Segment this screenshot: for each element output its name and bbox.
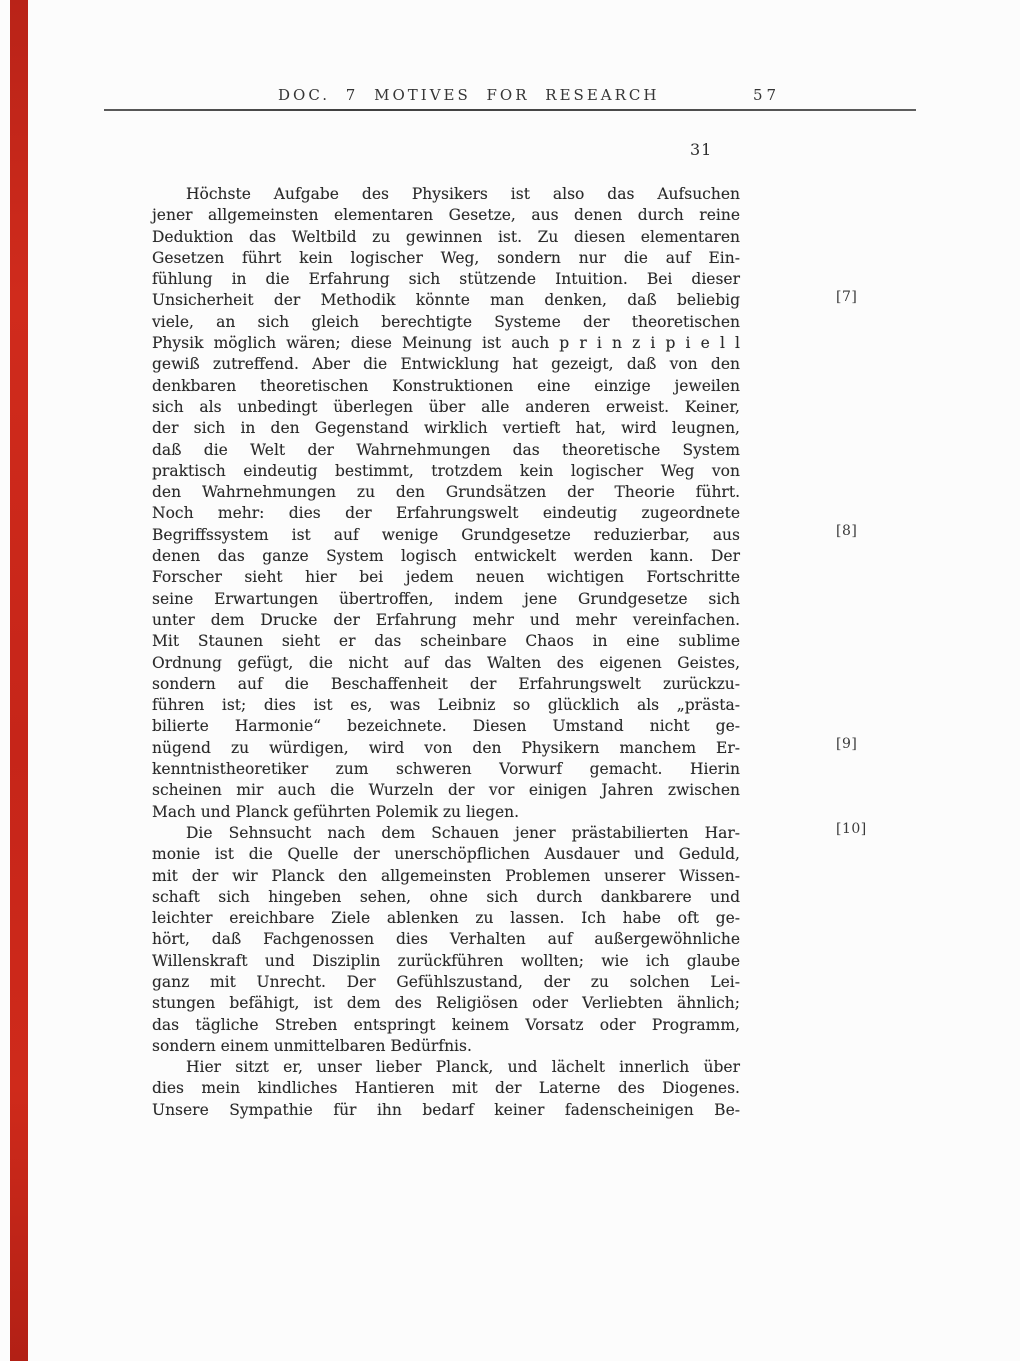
margin-annotation: [9] <box>836 736 857 752</box>
scanned-book-page: DOC. 7 MOTIVES FOR RESEARCH 57 31 Höchst… <box>0 0 1020 1361</box>
header-rule <box>104 109 916 111</box>
text-line: unter dem Drucke der Erfahrung mehr und … <box>152 610 740 631</box>
text-line: fühlung in die Erfahrung sich stützende … <box>152 269 740 290</box>
text-line: Begriffssystem ist auf wenige Grundgeset… <box>152 525 740 546</box>
text-line: Unsere Sympathie für ihn bedarf keiner f… <box>152 1100 740 1121</box>
body-text: Höchste Aufgabe des Physikers ist also d… <box>152 184 740 1121</box>
text-line: sondern auf die Beschaffenheit der Erfah… <box>152 674 740 695</box>
text-line: Hier sitzt er, unser lieber Planck, und … <box>152 1057 740 1078</box>
text-line: monie ist die Quelle der unerschöpfliche… <box>152 844 740 865</box>
text-line: denkbaren theoretischen Konstruktionen e… <box>152 376 740 397</box>
text-line: Mit Staunen sieht er das scheinbare Chao… <box>152 631 740 652</box>
text-line: seine Erwartungen übertroffen, indem jen… <box>152 589 740 610</box>
text-line: kenntnistheoretiker zum schweren Vorwurf… <box>152 759 740 780</box>
text-line: Gesetzen führt kein logischer Weg, sonde… <box>152 248 740 269</box>
text-line: Ordnung gefügt, die nicht auf das Walten… <box>152 653 740 674</box>
text-line: hört, daß Fachgenossen dies Verhalten au… <box>152 929 740 950</box>
margin-annotation: [8] <box>836 523 857 539</box>
text-line: Die Sehnsucht nach dem Schauen jener prä… <box>152 823 740 844</box>
text-line: Mach und Planck geführten Polemik zu lie… <box>152 802 740 823</box>
text-line: daß die Welt der Wahrnehmungen das theor… <box>152 440 740 461</box>
text-line: der sich in den Gegenstand wirklich vert… <box>152 418 740 439</box>
margin-annotation: [10] <box>836 821 867 837</box>
text-line: führen ist; dies ist es, was Leibniz so … <box>152 695 740 716</box>
text-line: viele, an sich gleich berechtigte System… <box>152 312 740 333</box>
text-line: Willenskraft und Disziplin zurückführen … <box>152 951 740 972</box>
text-line: Deduktion das Weltbild zu gewinnen ist. … <box>152 227 740 248</box>
book-binding-edge <box>10 0 28 1361</box>
text-line: stungen befähigt, ist dem des Religiösen… <box>152 993 740 1014</box>
original-pagination-marker: 31 <box>690 140 712 159</box>
running-header-title: DOC. 7 MOTIVES FOR RESEARCH <box>278 86 659 104</box>
text-line: mit der wir Planck den allgemeinsten Pro… <box>152 866 740 887</box>
text-line: denen das ganze System logisch entwickel… <box>152 546 740 567</box>
text-line: praktisch eindeutig bestimmt, trotzdem k… <box>152 461 740 482</box>
text-line: Unsicherheit der Methodik könnte man den… <box>152 290 740 311</box>
text-line: dies mein kindliches Hantieren mit der L… <box>152 1078 740 1099</box>
text-line: schaft sich hingeben sehen, ohne sich du… <box>152 887 740 908</box>
text-line: Physik möglich wären; diese Meinung ist … <box>152 333 740 354</box>
text-line: den Wahrnehmungen zu den Grundsätzen der… <box>152 482 740 503</box>
text-line: das tägliche Streben entspringt keinem V… <box>152 1015 740 1036</box>
margin-annotation: [7] <box>836 289 857 305</box>
printed-page-number: 57 <box>753 86 780 104</box>
text-line: Höchste Aufgabe des Physikers ist also d… <box>152 184 740 205</box>
text-line: sich als unbedingt überlegen über alle a… <box>152 397 740 418</box>
text-line: Noch mehr: dies der Erfahrungswelt einde… <box>152 503 740 524</box>
text-line: bilierte Harmonie“ bezeichnete. Diesen U… <box>152 716 740 737</box>
text-line: ganz mit Unrecht. Der Gefühlszustand, de… <box>152 972 740 993</box>
text-line: jener allgemeinsten elementaren Gesetze,… <box>152 205 740 226</box>
text-line: scheinen mir auch die Wurzeln der vor ei… <box>152 780 740 801</box>
text-line: nügend zu würdigen, wird von den Physike… <box>152 738 740 759</box>
text-line: sondern einem unmittelbaren Bedürfnis. <box>152 1036 740 1057</box>
text-line: leichter ereichbare Ziele ablenken zu la… <box>152 908 740 929</box>
text-line: Forscher sieht hier bei jedem neuen wich… <box>152 567 740 588</box>
text-line: gewiß zutreffend. Aber die Entwicklung h… <box>152 354 740 375</box>
